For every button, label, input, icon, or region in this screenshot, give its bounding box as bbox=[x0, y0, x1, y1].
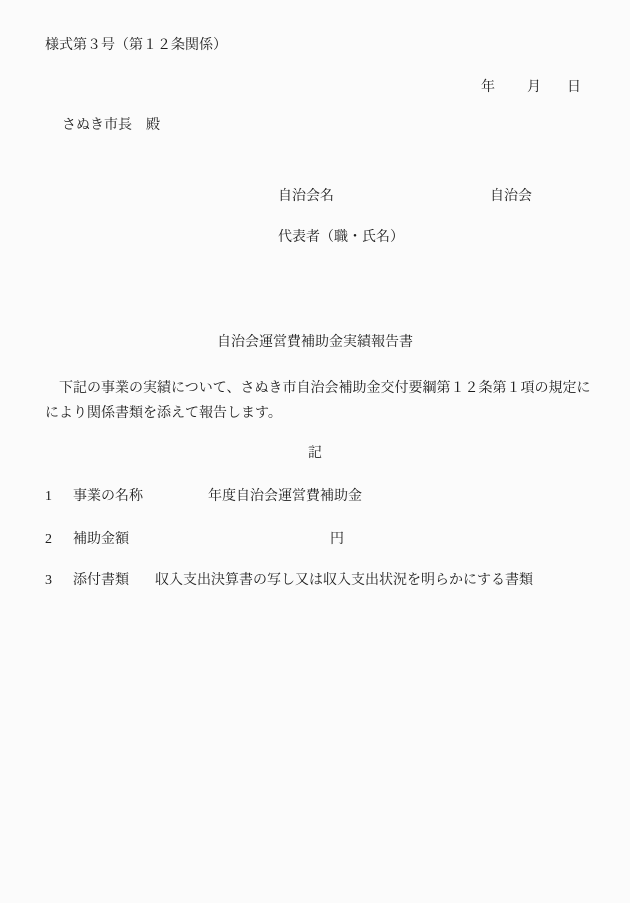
date-year-label: 年 bbox=[481, 78, 495, 98]
item-label: 添付書類 bbox=[73, 571, 129, 591]
date-month-label: 月 bbox=[527, 78, 541, 98]
representative-label: 代表者（職・氏名） bbox=[278, 228, 404, 248]
notation-mark: 記 bbox=[0, 444, 630, 464]
document-page: 様式第３号（第１２条関係） 年 月 日 さぬき市長 殿 自治会名 自治会 代表者… bbox=[0, 0, 630, 903]
document-title: 自治会運営費補助金実績報告書 bbox=[0, 333, 630, 353]
body-paragraph-line1: 下記の事業の実績について、さぬき市自治会補助金交付要綱第１２条第１項の規定に bbox=[45, 379, 590, 399]
date-day-label: 日 bbox=[567, 78, 581, 98]
item-number: 3 bbox=[45, 571, 52, 591]
form-number: 様式第３号（第１２条関係） bbox=[45, 36, 227, 56]
association-suffix: 自治会 bbox=[490, 187, 532, 207]
item-number: 2 bbox=[45, 530, 52, 550]
item-label: 事業の名称 bbox=[73, 487, 143, 507]
item-label: 補助金額 bbox=[73, 530, 129, 550]
item-number: 1 bbox=[45, 487, 52, 507]
addressee: さぬき市長 殿 bbox=[62, 116, 160, 136]
item-value: 年度自治会運営費補助金 bbox=[208, 487, 362, 507]
association-name-label: 自治会名 bbox=[278, 187, 334, 207]
item-value: 円 bbox=[330, 530, 344, 550]
body-paragraph-line2: により関係書類を添えて報告します。 bbox=[45, 404, 282, 424]
item-value: 収入支出決算書の写し又は収入支出状況を明らかにする書類 bbox=[155, 571, 533, 591]
